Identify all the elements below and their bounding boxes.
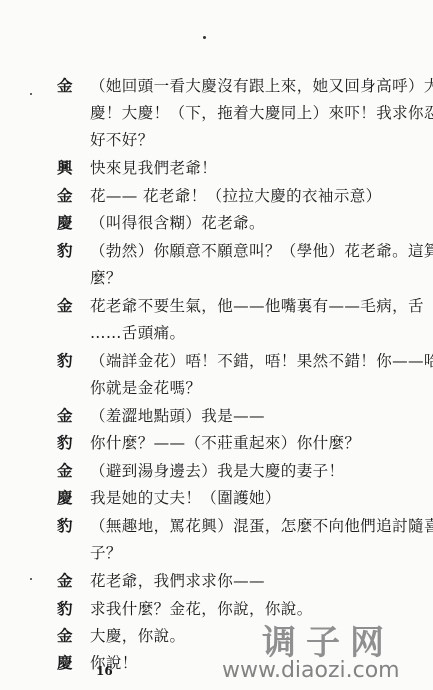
scan-speck [203,36,206,39]
scanned-page: 金（她回頭一看大慶沒有跟上來，她又回身高呼）大慶！大慶！（下，拖着大慶同上）來吓… [0,0,433,690]
speaker-name: 金 [57,569,77,593]
dialogue-text: （她回頭一看大慶沒有跟上來，她又回身高呼）大 [90,74,433,98]
dialogue-text: 我是她的丈夫！（圍護她） [90,486,281,510]
speaker-name: 興 [57,156,77,180]
speaker-name: 豹 [57,349,77,373]
dialogue-line: 慶（叫得很含糊）花老爺。 [0,211,433,235]
speaker-name: 金 [57,294,77,318]
dialogue-text: 麼？ [90,266,122,290]
dialogue-line: 慶我是她的丈夫！（圍護她） [0,486,433,510]
dialogue-line: 你就是金花嗎？ [0,376,433,400]
dialogue-line: 子？ [0,541,433,565]
speaker-name: 金 [57,74,77,98]
dialogue-text: 你什麼？——（不莊重起來）你什麼？ [90,431,360,455]
dialogue-text: 花—— 花老爺！（拉拉大慶的衣袖示意） [90,184,382,208]
dialogue-text: （無趣地，罵花興）混蛋，怎麼不向他們追討隨喜銀 [90,514,433,538]
dialogue-line: 金（避到湯身邊去）我是大慶的妻子！ [0,459,433,483]
watermark-url: www.diaozi.com [222,658,400,683]
dialogue-line: 金（她回頭一看大慶沒有跟上來，她又回身高呼）大 [0,74,433,98]
dialogue-text: 子？ [90,541,122,565]
dialogue-text: （勃然）你願意不願意叫？（學他）花老爺。這算什 [90,239,433,263]
speaker-name: 金 [57,459,77,483]
dialogue-text: 花老爺，我們求求你—— [90,569,265,593]
dialogue-text: 大慶，你說。 [90,624,185,648]
dialogue-line: 豹你什麼？——（不莊重起來）你什麼？ [0,431,433,455]
dialogue-text: （端詳金花）唔！不錯，唔！果然不錯！你——哈哈！ [90,349,433,373]
dialogue-line: 麼？ [0,266,433,290]
speaker-name: 慶 [57,486,77,510]
speaker-name: 金 [57,184,77,208]
dialogue-text: 好不好？ [90,128,154,152]
speaker-name: 金 [57,404,77,428]
dialogue-text: 快來見我們老爺！ [90,156,217,180]
speaker-name: 豹 [57,431,77,455]
dialogue-text: （羞澀地點頭）我是—— [90,404,265,428]
dialogue-line: 金（羞澀地點頭）我是—— [0,404,433,428]
speaker-name: 慶 [57,651,77,675]
dialogue-text: 你就是金花嗎？ [90,376,201,400]
dialogue-text: 慶！大慶！（下，拖着大慶同上）來吓！我求你忍耐點 [90,101,433,125]
speaker-name: 慶 [57,211,77,235]
dialogue-text: ……舌頭痛。 [90,321,185,345]
dialogue-line: 金花—— 花老爺！（拉拉大慶的衣袖示意） [0,184,433,208]
dialogue-line: 豹（勃然）你願意不願意叫？（學他）花老爺。這算什 [0,239,433,263]
dialogue-line: 豹（無趣地，罵花興）混蛋，怎麼不向他們追討隨喜銀 [0,514,433,538]
speaker-name: 豹 [57,514,77,538]
dialogue-line: 慶！大慶！（下，拖着大慶同上）來吓！我求你忍耐點 [0,101,433,125]
dialogue-text: 花老爺不要生氣，他——他嘴裏有——毛病，舌 [90,294,424,318]
speaker-name: 豹 [57,597,77,621]
page-number: 16 [96,664,113,678]
dialogue-line: 金花老爺，我們求求你—— [0,569,433,593]
dialogue-line: 好不好？ [0,128,433,152]
dialogue-line: ……舌頭痛。 [0,321,433,345]
dialogue-line: 豹（端詳金花）唔！不錯，唔！果然不錯！你——哈哈！ [0,349,433,373]
watermark-title: 调子网 [262,615,394,664]
dialogue-line: 金花老爺不要生氣，他——他嘴裏有——毛病，舌 [0,294,433,318]
dialogue-text: （叫得很含糊）花老爺。 [90,211,265,235]
dialogue-text: （避到湯身邊去）我是大慶的妻子！ [90,459,344,483]
dialogue-line: 興快來見我們老爺！ [0,156,433,180]
speaker-name: 金 [57,624,77,648]
speaker-name: 豹 [57,239,77,263]
